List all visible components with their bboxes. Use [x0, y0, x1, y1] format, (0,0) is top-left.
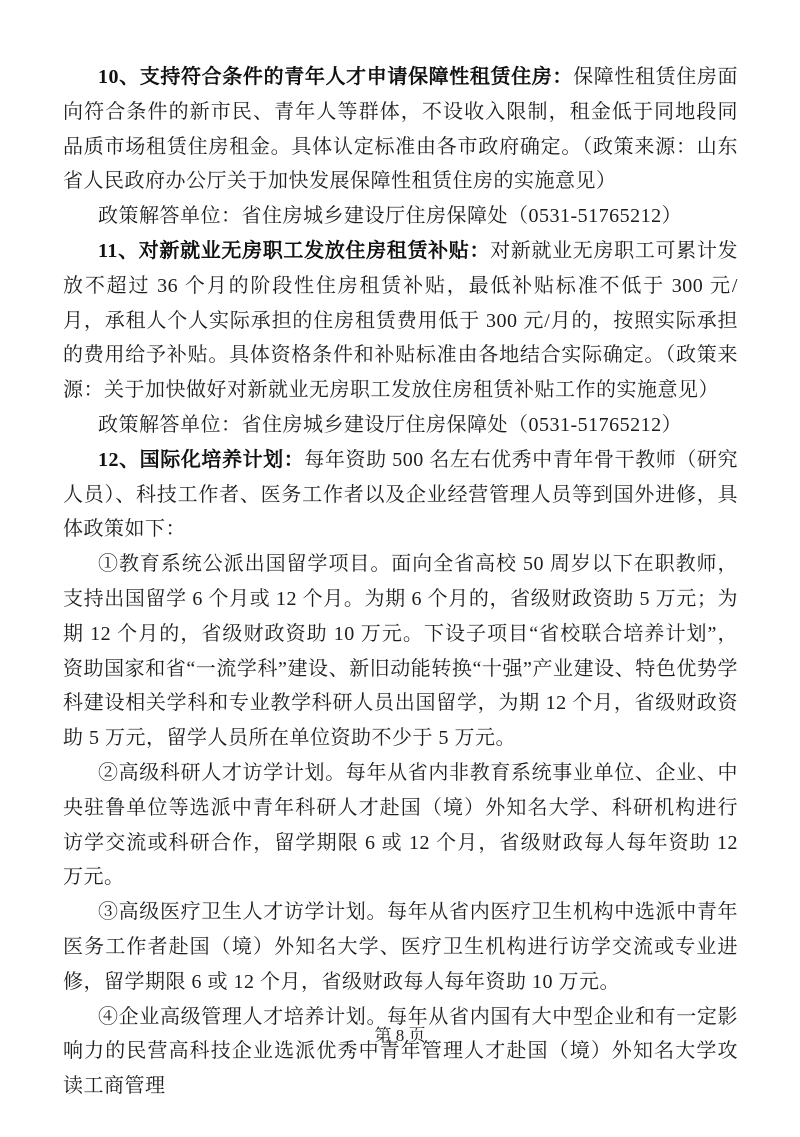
paragraph-text: ③高级医疗卫生人才访学计划。每年从省内医疗卫生机构中选派中青年医务工作者赴国（境…	[63, 901, 738, 993]
paragraph-text: ①教育系统公派出国留学项目。面向全省高校 50 周岁以下在职教师，支持出国留学 …	[63, 553, 738, 749]
paragraph-heading: 11、对新就业无房职工发放住房租赁补贴：	[98, 240, 490, 262]
paragraph: 11、对新就业无房职工发放住房租赁补贴：对新就业无房职工可累计发放不超过 36 …	[63, 234, 738, 408]
paragraph-text: 对新就业无房职工可累计发放不超过 36 个月的阶段性住房租赁补贴，最低补贴标准不…	[63, 240, 738, 401]
paragraph: ①教育系统公派出国留学项目。面向全省高校 50 周岁以下在职教师，支持出国留学 …	[63, 547, 738, 756]
document-page: 10、支持符合条件的青年人才申请保障性租赁住房：保障性租赁住房面向符合条件的新市…	[0, 0, 800, 1137]
page-number: 第 8 页	[375, 1026, 426, 1045]
paragraph-text: ②高级科研人才访学计划。每年从省内非教育系统事业单位、企业、中央驻鲁单位等选派中…	[63, 762, 738, 888]
paragraph: 政策解答单位：省住房城乡建设厅住房保障处（0531-51765212）	[63, 199, 738, 234]
paragraph: 10、支持符合条件的青年人才申请保障性租赁住房：保障性租赁住房面向符合条件的新市…	[63, 60, 738, 199]
paragraph-text: ④企业高级管理人才培养计划。每年从省内国有大中型企业和有一定影响力的民营高科技企…	[63, 1006, 738, 1098]
paragraph-heading: 10、支持符合条件的青年人才申请保障性租赁住房：	[98, 66, 573, 88]
paragraph: 政策解答单位：省住房城乡建设厅住房保障处（0531-51765212）	[63, 408, 738, 443]
paragraph-text: 政策解答单位：省住房城乡建设厅住房保障处（0531-51765212）	[98, 414, 682, 436]
page-footer: 第 8 页	[0, 1021, 800, 1046]
paragraph-text: 政策解答单位：省住房城乡建设厅住房保障处（0531-51765212）	[98, 205, 682, 227]
paragraph-heading: 12、国际化培养计划：	[98, 449, 304, 471]
paragraph: ②高级科研人才访学计划。每年从省内非教育系统事业单位、企业、中央驻鲁单位等选派中…	[63, 756, 738, 895]
paragraph: 12、国际化培养计划：每年资助 500 名左右优秀中青年骨干教师（研究人员）、科…	[63, 443, 738, 547]
document-body: 10、支持符合条件的青年人才申请保障性租赁住房：保障性租赁住房面向符合条件的新市…	[63, 60, 738, 1104]
paragraph: ④企业高级管理人才培养计划。每年从省内国有大中型企业和有一定影响力的民营高科技企…	[63, 1000, 738, 1104]
paragraph: ③高级医疗卫生人才访学计划。每年从省内医疗卫生机构中选派中青年医务工作者赴国（境…	[63, 895, 738, 999]
